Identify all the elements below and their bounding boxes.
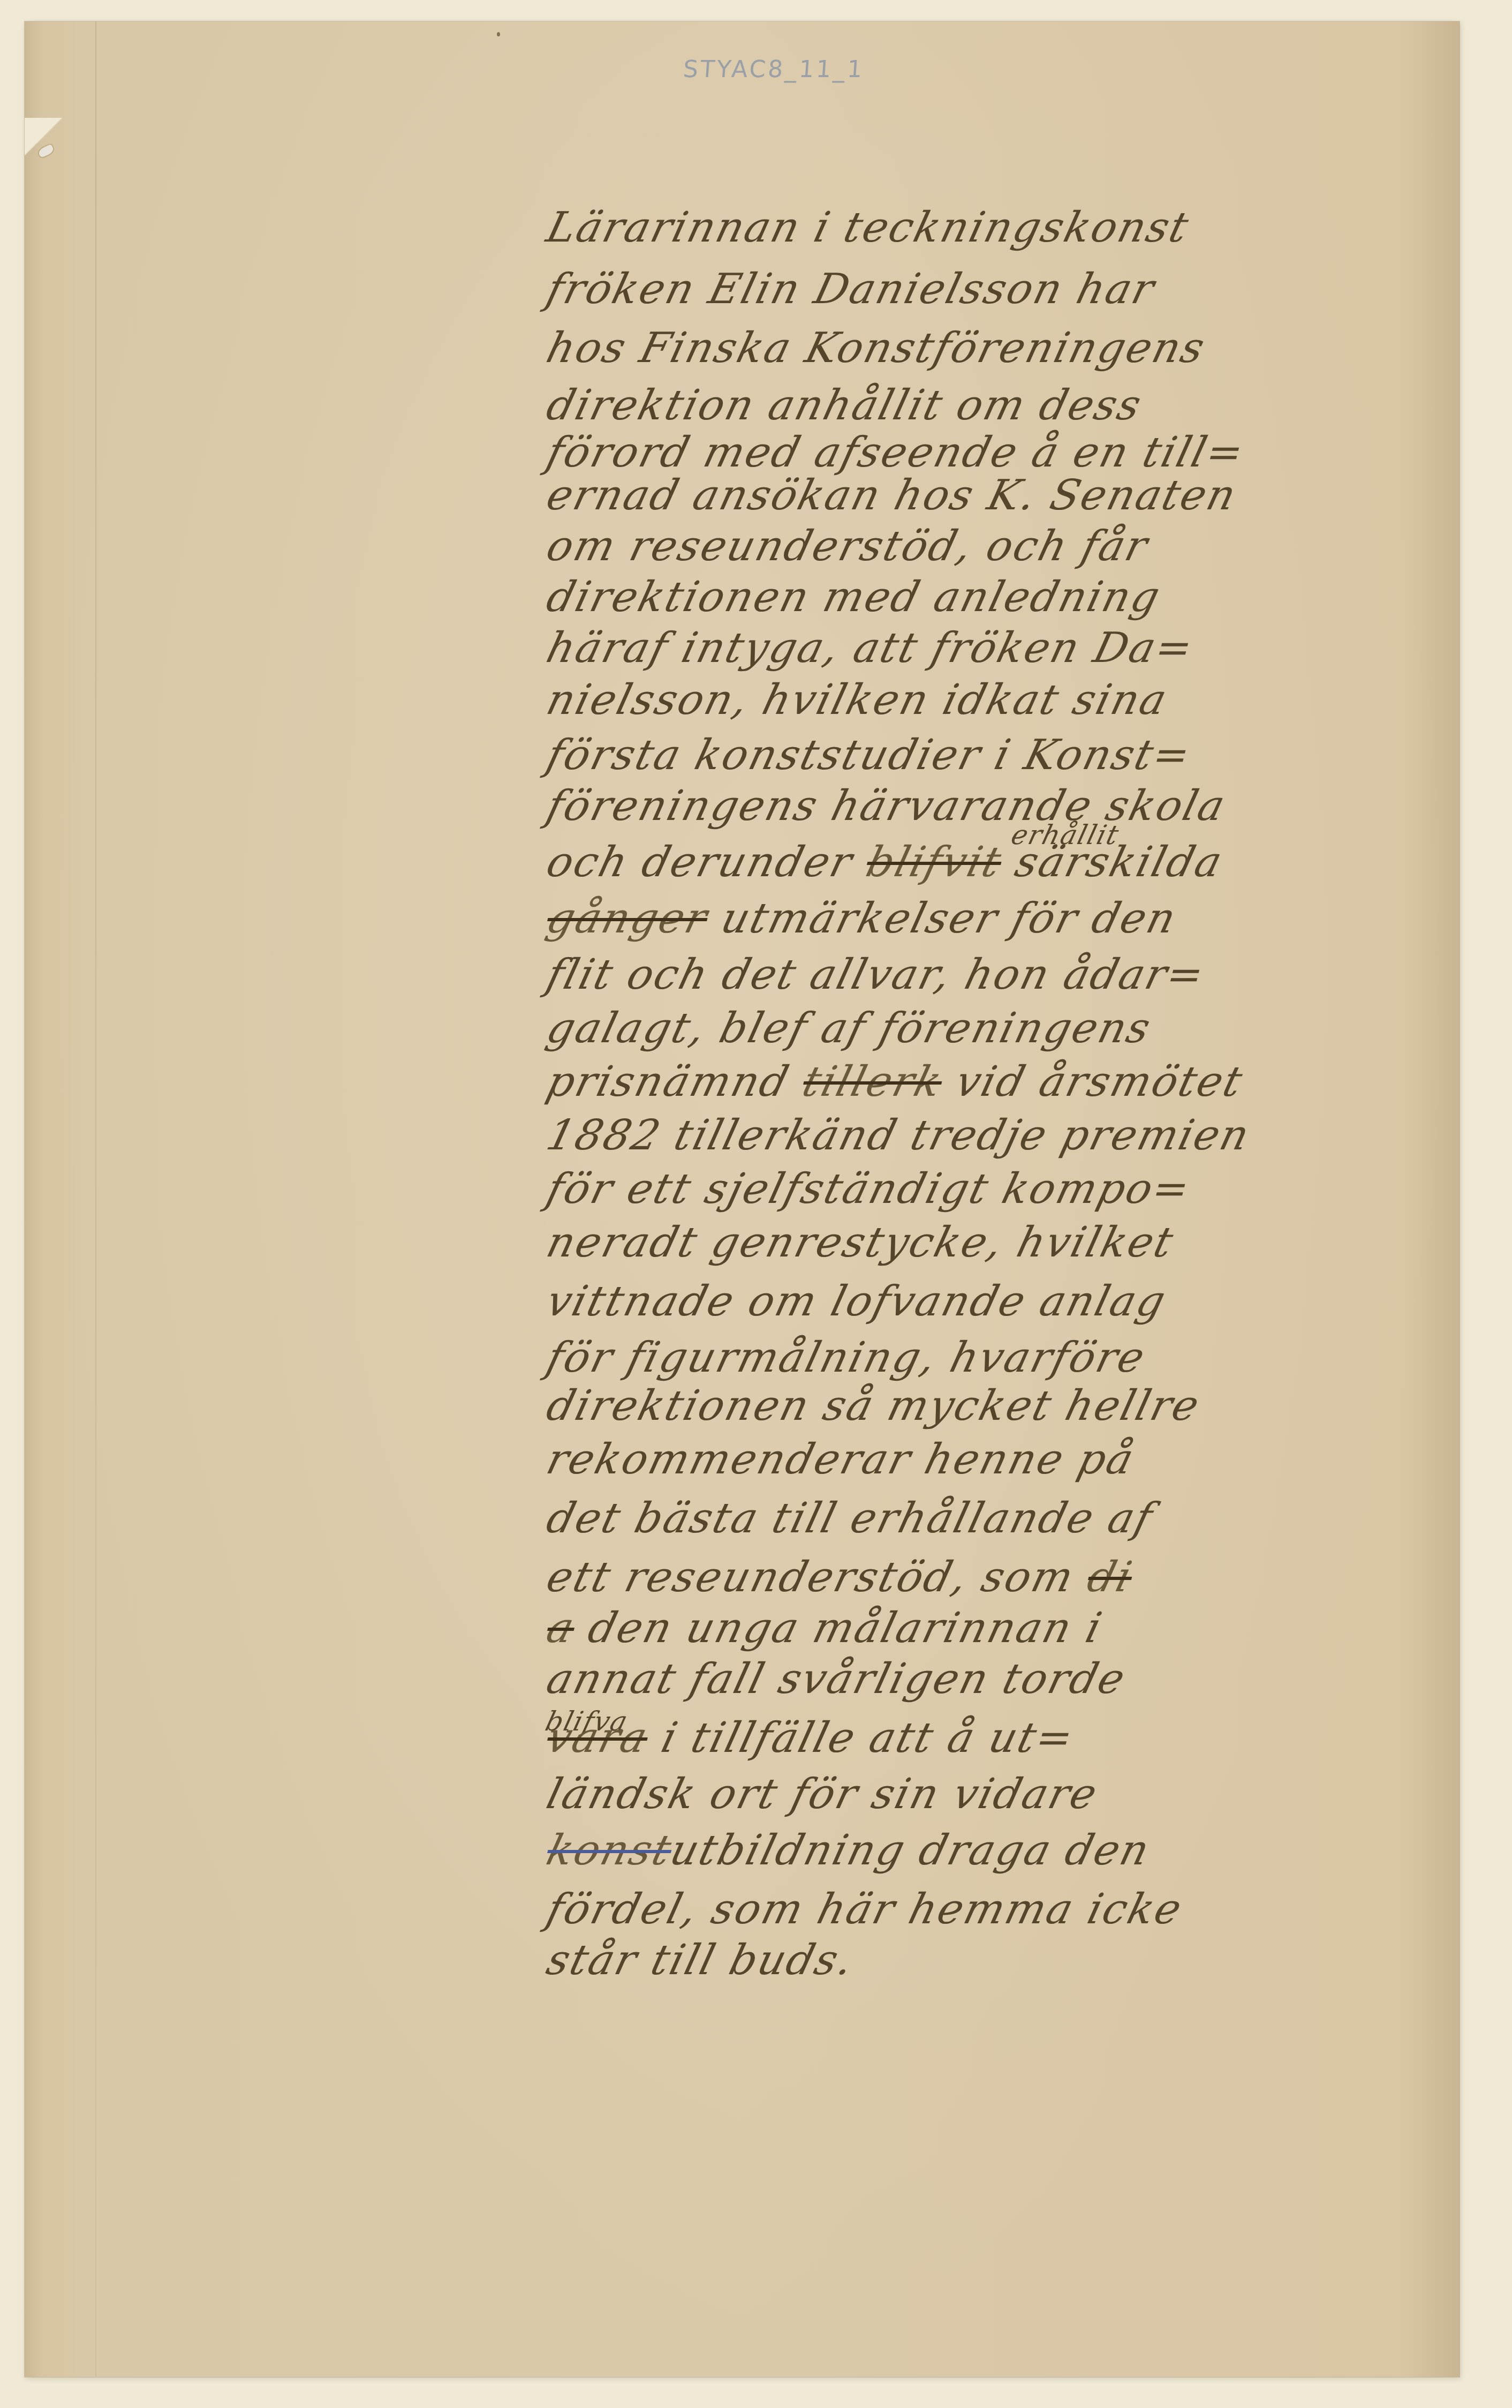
text-line: ländsk ort för sin vidare [542, 1770, 1103, 1818]
text-line: fröken Elin Danielsson har [542, 265, 1160, 313]
text-line: varai tillfälle att å ut= [542, 1714, 1079, 1762]
text-line: första konststudier i Konst= [542, 731, 1197, 779]
text-line: ett reseunderstöd, somdi [542, 1553, 1138, 1601]
text-line: flit och det allvar, hon ådar= [542, 951, 1210, 999]
text-line: om reseunderstöd, och får [542, 522, 1154, 570]
struck-word: vara [542, 1714, 654, 1762]
struck-word-blue-pencil: konst [542, 1826, 677, 1875]
handwritten-text-block: Lärarinnan i teckningskonst fröken Elin … [0, 0, 1512, 2408]
text-line: föreningens härvarande skola [542, 782, 1231, 830]
struck-word: di [1083, 1553, 1138, 1601]
struck-word: gånger [542, 894, 713, 943]
text-line: aden unga målarinnan i [542, 1604, 1108, 1652]
text-line: förord med afseende å en till= [542, 428, 1250, 477]
struck-word: tillerk [798, 1058, 948, 1106]
text-line: ernad ansökan hos K. Senaten [542, 471, 1242, 520]
text-line: gångerutmärkelser för den [542, 894, 1182, 943]
text-line: prisnämndtillerkvid årsmötet [542, 1058, 1249, 1106]
text-line: neradt genrestycke, hvilket [542, 1218, 1180, 1267]
text-line: direktion anhållit om dess [542, 381, 1147, 430]
text-line: direktionen med anledning [542, 573, 1166, 621]
text-line: fördel, som här hemma icke [542, 1885, 1188, 1933]
text-line: rekommenderar henne på [542, 1435, 1140, 1484]
text-line: det bästa till erhållande af [542, 1494, 1159, 1542]
text-line: vittnade om lofvande anlag [542, 1277, 1171, 1326]
text-line: galagt, blef af föreningens [542, 1004, 1156, 1052]
text-line: för ett sjelfständigt kompo= [542, 1165, 1196, 1213]
struck-word: a [542, 1604, 580, 1652]
text-line: nielsson, hvilken idkat sina [542, 676, 1173, 724]
text-line: Lärarinnan i teckningskonst [542, 204, 1195, 252]
text-line: för figurmålning, hvarföre [542, 1334, 1151, 1382]
text-line: häraf intyga, att fröken Da= [542, 624, 1199, 672]
text-line: och derunderblifvitsärskilda [542, 838, 1228, 886]
text-line: hos Finska Konstföreningens [542, 324, 1211, 372]
struck-word: blifvit [861, 838, 1008, 886]
text-line: konstutbildning draga den [542, 1826, 1155, 1875]
text-line: direktionen så mycket hellre [542, 1382, 1205, 1430]
text-line: 1882 tillerkänd tredje premien [542, 1111, 1256, 1160]
text-line: står till buds. [542, 1936, 859, 1984]
text-line: annat fall svårligen torde [542, 1655, 1131, 1703]
